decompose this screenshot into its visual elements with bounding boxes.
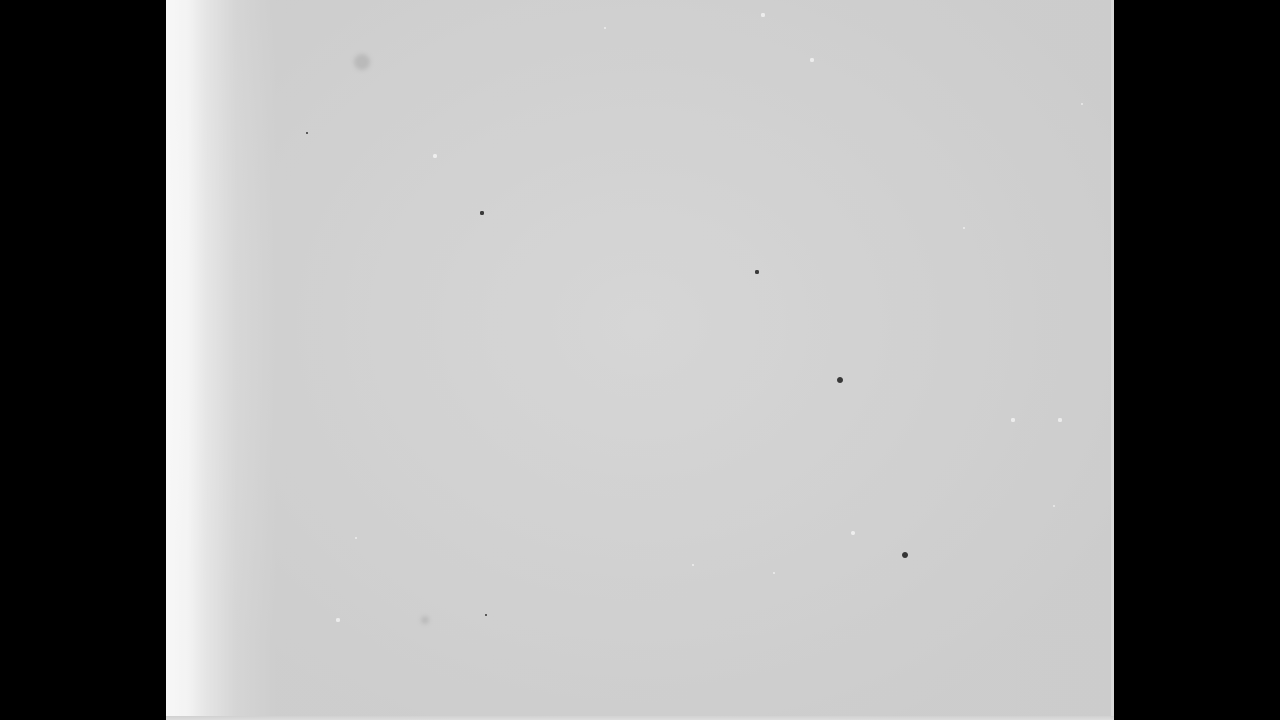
left-pillarbox-bar — [0, 0, 166, 720]
right-pillarbox-bar — [1114, 0, 1280, 720]
dust-speck — [1081, 103, 1084, 106]
dust-speck — [810, 58, 813, 61]
frame-bottom-edge — [166, 716, 1114, 720]
dust-speck — [336, 618, 339, 621]
dust-speck — [902, 552, 908, 558]
dust-speck — [1011, 418, 1014, 421]
dust-speck — [1058, 418, 1061, 421]
dust-speck — [306, 132, 309, 135]
dust-speck — [1053, 505, 1056, 508]
dust-speck — [354, 54, 370, 70]
dust-speck — [837, 377, 843, 383]
dust-speck — [851, 531, 855, 535]
dust-speck — [761, 13, 764, 16]
dust-speck — [421, 616, 429, 624]
dust-speck — [355, 537, 358, 540]
dust-speck — [963, 227, 966, 230]
dust-speck — [755, 270, 758, 273]
dust-speck — [480, 211, 483, 214]
dust-speck — [485, 614, 488, 617]
video-frame — [166, 0, 1114, 720]
dust-speck — [433, 154, 437, 158]
dust-speck — [692, 564, 695, 567]
dust-speck — [604, 27, 607, 30]
dust-speck — [773, 572, 776, 575]
